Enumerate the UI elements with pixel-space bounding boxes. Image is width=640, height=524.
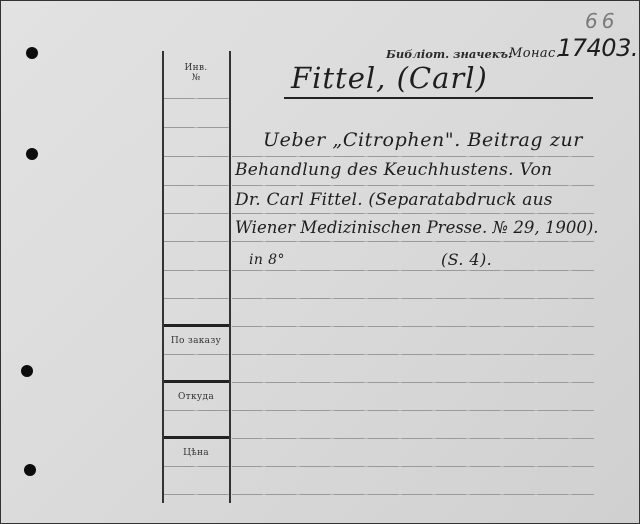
index-rule — [164, 213, 229, 214]
index-rule — [164, 270, 229, 271]
body-rule — [232, 466, 594, 467]
entry-pages: (S. 4). — [441, 250, 492, 269]
library-mark-number: 17403. — [557, 34, 638, 62]
body-rule — [232, 156, 594, 157]
body-rule — [232, 438, 594, 439]
price-label: Цѣна — [163, 448, 229, 458]
author-underline — [284, 97, 593, 99]
author-name: Fittel, (Carl) — [291, 61, 488, 95]
index-rule — [164, 494, 229, 495]
index-separator-1 — [164, 324, 229, 327]
entry-format: in 8° — [249, 252, 285, 268]
body-rule — [232, 494, 594, 495]
punch-hole-3 — [21, 365, 33, 377]
body-rule — [232, 185, 594, 186]
body-rule — [232, 410, 594, 411]
library-mark-label: Библiот. значекъ: — [386, 47, 512, 61]
body-rule — [232, 270, 594, 271]
index-separator-2 — [164, 380, 229, 383]
index-rule — [164, 466, 229, 467]
index-rule — [164, 241, 229, 242]
body-rule — [232, 213, 594, 214]
library-mark-prefix: Монас. — [509, 46, 560, 61]
pencil-number: 66 — [585, 9, 618, 33]
entry-line-4: Wiener Medizinischen Presse. № 29, 1900)… — [235, 218, 599, 237]
index-rule — [164, 127, 229, 128]
body-rule — [232, 241, 594, 242]
index-rule — [164, 98, 229, 99]
entry-line-1: Ueber „Citrophen". Beitrag zur — [263, 129, 583, 151]
punch-hole-4 — [24, 464, 36, 476]
body-rule — [232, 298, 594, 299]
index-separator-3 — [164, 436, 229, 439]
index-rule — [164, 156, 229, 157]
body-rule — [232, 326, 594, 327]
punch-hole-1 — [26, 47, 38, 59]
punch-hole-2 — [26, 148, 38, 160]
index-rule — [164, 410, 229, 411]
by-order-label: По заказу — [163, 336, 229, 346]
index-column-right-border — [229, 51, 231, 503]
entry-line-3: Dr. Carl Fittel. (Separatabdruck aus — [235, 190, 553, 210]
inventory-label: Инв. № — [163, 63, 229, 83]
source-label: Откуда — [163, 392, 229, 402]
index-rule — [164, 185, 229, 186]
index-rule — [164, 298, 229, 299]
body-rule — [232, 354, 594, 355]
entry-line-2: Behandlung des Keuchhustens. Von — [235, 160, 552, 180]
index-rule — [164, 354, 229, 355]
catalog-card: 66 Библiот. значекъ: Монас. 17403. Инв. … — [0, 0, 640, 524]
body-rule — [232, 382, 594, 383]
